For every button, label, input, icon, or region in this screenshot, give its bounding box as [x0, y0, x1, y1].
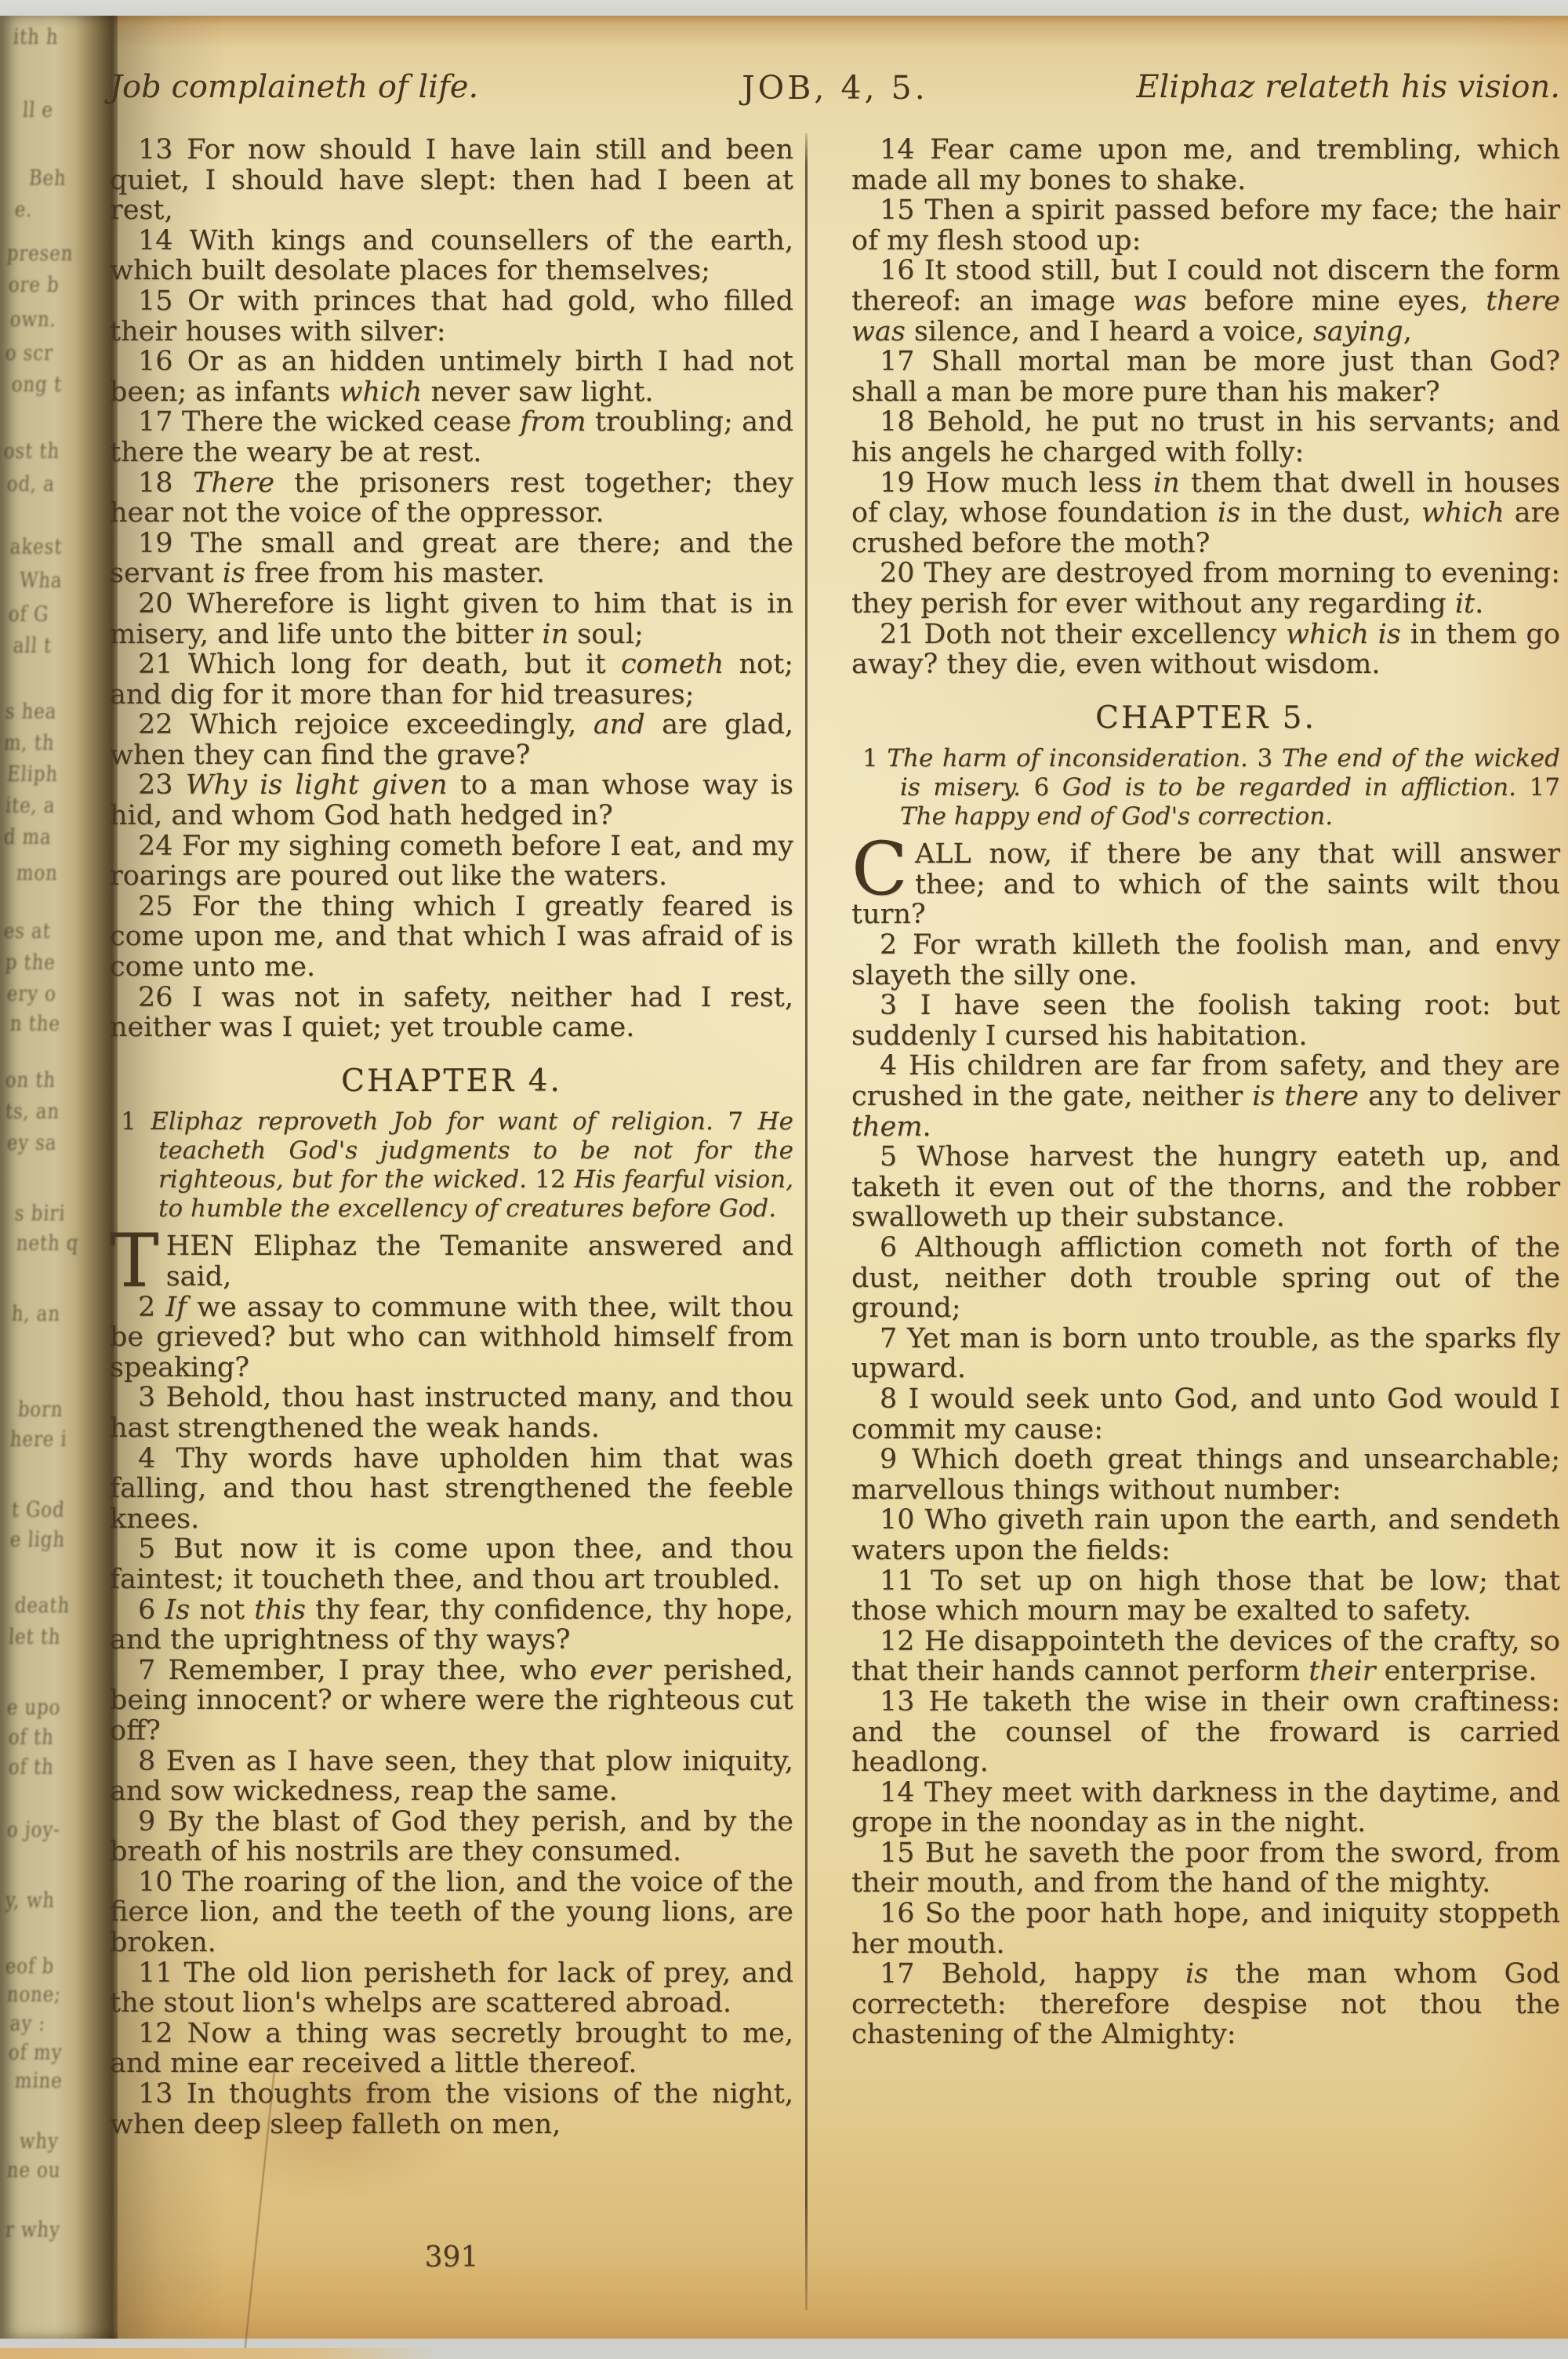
verse: 8 I would seek unto God, and unto God wo… [851, 1384, 1560, 1445]
verse-text: HEN Eliphaz the Temanite answered and sa… [166, 1230, 793, 1292]
gutter-text-fragment: Wha [19, 569, 64, 593]
running-head-right: Eliphaz relateth his vision. [1136, 69, 1560, 105]
verse: 13 In thoughts from the visions of the n… [110, 2079, 793, 2139]
verse: 20 Wherefore is light given to him that … [110, 589, 793, 649]
gutter-text-fragment: m, th [3, 731, 56, 755]
chapter-4-heading: CHAPTER 4. [110, 1067, 793, 1097]
verse: 13 He taketh the wise in their own craft… [851, 1687, 1560, 1778]
page-number: 391 [110, 2241, 793, 2274]
verse: 25 For the thing which I greatly feared … [110, 892, 793, 983]
dropcap-letter-C: C [851, 839, 915, 900]
gutter-text-fragment: e upo [6, 1696, 62, 1720]
verse: 12 Now a thing was secretly brought to m… [110, 2019, 793, 2079]
verse: 14 With kings and counsellers of the ear… [110, 226, 793, 286]
gutter-text-fragment: all t [13, 634, 53, 658]
left-column: 13 For now should I have lain still and … [110, 135, 793, 2139]
gutter-text-fragment: e. [14, 198, 34, 222]
verse: 21 Which long for death, but it cometh n… [110, 649, 793, 710]
gutter-text-fragment: s hea [5, 700, 58, 724]
gutter-text-fragment: p the [5, 951, 56, 975]
job5-verse-list: 2 For wrath killeth the foolish man, and… [851, 930, 1560, 2050]
verse: 19 How much less in them that dwell in h… [851, 468, 1560, 559]
gutter-text-fragment: ay : [9, 2012, 46, 2036]
gutter-text-fragment: on th [5, 1068, 56, 1092]
verse: 8 Even as I have seen, they that plow in… [110, 1747, 793, 1807]
gutter-text-fragment: ey sa [6, 1131, 58, 1155]
verse: 15 Or with princes that had gold, who fi… [110, 286, 793, 347]
gutter-text-fragment: here i [9, 1427, 68, 1452]
bible-page: ith hll eBehe.presenore bown.o scrong to… [0, 16, 1568, 2339]
binding-gutter: ith hll eBehe.presenore bown.o scrong to… [0, 16, 118, 2339]
gutter-text-fragment: mon [16, 861, 59, 885]
verse: 10 Who giveth rain upon the earth, and s… [851, 1505, 1560, 1565]
gutter-text-fragment: o scr [5, 341, 54, 365]
gutter-text-fragment: none; [6, 1983, 62, 2007]
verse: 22 Which rejoice exceedingly, and are gl… [110, 710, 793, 770]
gutter-text-fragment: of th [8, 1755, 55, 1779]
verse: 7 Yet man is born unto trouble, as the s… [851, 1324, 1560, 1384]
column-divider-rule [805, 133, 808, 2310]
verse-text: ALL now, if there be any that will answe… [851, 838, 1560, 930]
job4-verse-list-right: 14 Fear came upon me, and trembling, whi… [851, 135, 1560, 680]
gutter-text-fragment: ite, a [5, 794, 56, 818]
gutter-text-fragment: of th [8, 1725, 55, 1750]
verse: 23 Why is light given to a man whose way… [110, 770, 793, 831]
gutter-text-fragment: d ma [3, 825, 53, 849]
gutter-text-fragment: ts, an [5, 1100, 60, 1124]
verse: 2 If we assay to commune with thee, wilt… [110, 1292, 793, 1383]
right-column: 14 Fear came upon me, and trembling, whi… [851, 135, 1560, 2050]
verse: 20 They are destroyed from morning to ev… [851, 558, 1560, 619]
verse: 7 Remember, I pray thee, who ever perish… [110, 1656, 793, 1747]
verse: 16 It stood still, but I could not disce… [851, 256, 1560, 347]
gutter-text-fragment: es at [3, 919, 52, 943]
verse: 5 But now it is come upon thee, and thou… [110, 1534, 793, 1594]
gutter-text-fragment: r why [5, 2218, 61, 2242]
verse: 13 For now should I have lain still and … [110, 135, 793, 226]
gutter-text-fragment: h, an [11, 1302, 61, 1326]
gutter-text-fragment: presen [6, 242, 74, 266]
verse: 10 The roaring of the lion, and the voic… [110, 1867, 793, 1958]
gutter-text-fragment: born [17, 1398, 64, 1422]
chapter-4-summary: 1 Eliphaz reproveth Job for want of reli… [110, 1107, 793, 1223]
gutter-text-fragment: Eliph [6, 762, 59, 787]
gutter-text-fragment: ost th [3, 439, 60, 463]
verse: 24 For my sighing cometh before I eat, a… [110, 831, 793, 892]
job3-verse-list: 13 For now should I have lain still and … [110, 135, 793, 1043]
verse: 11 To set up on high those that be low; … [851, 1566, 1560, 1627]
verse: 9 Which doeth great things and unsearcha… [851, 1445, 1560, 1505]
scanned-bible-page-photo: { "page": { "header": { "left": "Job com… [0, 0, 1568, 2359]
running-header: Job complaineth of life. JOB, 4, 5. Elip… [110, 69, 1560, 116]
verse: 3 I have seen the foolish taking root: b… [851, 990, 1560, 1051]
gutter-text-fragment: ong t [11, 373, 63, 397]
verse: 17 Shall mortal man be more just than Go… [851, 347, 1560, 407]
gutter-text-fragment: ne ou [6, 2158, 62, 2183]
verse: 4 His children are far from safety, and … [851, 1051, 1560, 1142]
verse: 6 Is not this thy fear, thy confidence, … [110, 1595, 793, 1656]
verse: 4 Thy words have upholden him that was f… [110, 1444, 793, 1535]
dropcap-letter-T: T [110, 1231, 166, 1292]
verse: 16 Or as an hidden untimely birth I had … [110, 347, 793, 407]
verse: 14 They meet with darkness in the daytim… [851, 1778, 1560, 1838]
gutter-text-fragment: Beh [28, 166, 67, 191]
gutter-text-fragment: s biri [14, 1201, 67, 1226]
verse: 21 Doth not their excellency which is in… [851, 620, 1560, 680]
gutter-text-fragment: y, wh [5, 1888, 56, 1913]
job4-verse-list-left: 2 If we assay to commune with thee, wilt… [110, 1292, 793, 2140]
chapter-5-heading: CHAPTER 5. [851, 703, 1560, 734]
verse: 2 For wrath killeth the foolish man, and… [851, 930, 1560, 990]
gutter-text-fragment: ith h [13, 25, 60, 49]
gutter-text-fragment: mine [14, 2069, 64, 2093]
gutter-text-fragment: neth q [16, 1231, 80, 1256]
gutter-text-fragment: akest [9, 535, 64, 559]
gutter-text-fragment: let th [8, 1625, 62, 1649]
verse-job5-1: CALL now, if there be any that will answ… [851, 839, 1560, 930]
verse: 16 So the poor hath hope, and iniquity s… [851, 1899, 1560, 1959]
verse: 15 But he saveth the poor from the sword… [851, 1838, 1560, 1899]
verse: 6 Although affliction cometh not forth o… [851, 1233, 1560, 1324]
gutter-text-fragment: why [19, 2129, 60, 2154]
gutter-text-fragment: death [14, 1594, 71, 1618]
page-bottom-edge [0, 2348, 439, 2359]
gutter-text-fragment: e ligh [9, 1528, 66, 1552]
verse: 3 Behold, thou hast instructed many, and… [110, 1383, 793, 1443]
gutter-text-fragment: ery o [6, 982, 57, 1006]
gutter-text-fragment: eof b [5, 1954, 55, 1979]
verse: 14 Fear came upon me, and trembling, whi… [851, 135, 1560, 195]
gutter-text-fragment: n the [9, 1012, 61, 1036]
verse: 19 The small and great are there; and th… [110, 529, 793, 589]
verse: 15 Then a spirit passed before my face; … [851, 195, 1560, 256]
gutter-text-fragment: od, a [6, 472, 56, 496]
gutter-text-fragment: ll e [22, 98, 54, 122]
verse: 17 There the wicked cease from troubling… [110, 407, 793, 467]
verse: 18 Behold, he put no trust in his servan… [851, 407, 1560, 467]
gutter-text-fragment: of G [8, 602, 50, 627]
gutter-text-fragment: own. [9, 307, 57, 332]
verse: 9 By the blast of God they perish, and b… [110, 1807, 793, 1867]
chapter-5-summary: 1 The harm of inconsideration. 3 The end… [851, 744, 1560, 831]
verse-job4-1: THEN Eliphaz the Temanite answered and s… [110, 1231, 793, 1292]
verse: 12 He disappointeth the devices of the c… [851, 1627, 1560, 1687]
gutter-text-fragment: of my [8, 2041, 64, 2065]
verse: 18 There the prisoners rest together; th… [110, 468, 793, 529]
verse: 11 The old lion perisheth for lack of pr… [110, 1958, 793, 2019]
gutter-text-fragment: ore b [8, 273, 60, 297]
gutter-text-fragment: t God [11, 1498, 66, 1522]
verse: 17 Behold, happy is the man whom God cor… [851, 1959, 1560, 2050]
gutter-text-fragment: o joy- [6, 1818, 61, 1842]
verse: 26 I was not in safety, neither had I re… [110, 983, 793, 1043]
verse: 5 Whose harvest the hungry eateth up, an… [851, 1142, 1560, 1233]
